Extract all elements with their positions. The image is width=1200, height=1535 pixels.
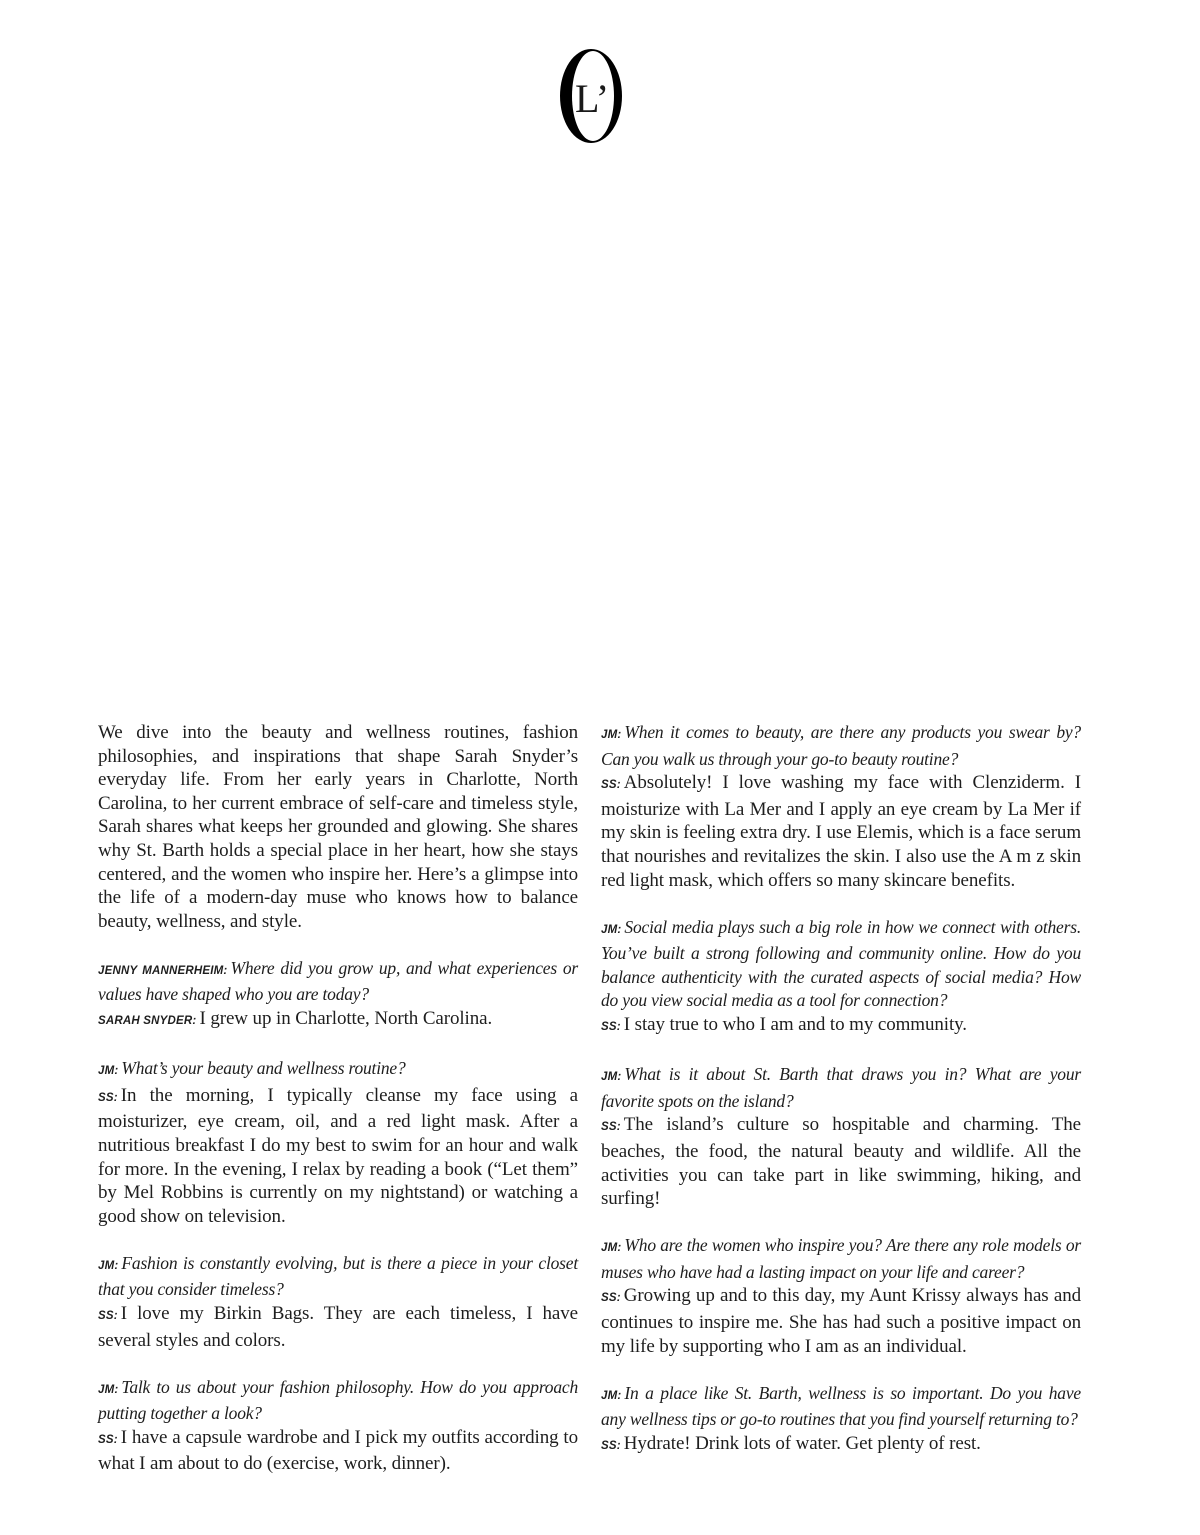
question-text: In a place like St. Barth, wellness is s… [601, 1383, 1081, 1430]
answer-text: Absolutely! I love washing my face with … [601, 772, 1081, 890]
question-text: Talk to us about your fashion philosophy… [98, 1377, 578, 1424]
article-column-left: We dive into the beauty and wellness rou… [98, 721, 578, 1500]
question: JM:In a place like St. Barth, wellness i… [601, 1382, 1081, 1432]
question: JM:Fashion is constantly evolving, but i… [98, 1252, 578, 1302]
answer-text: Hydrate! Drink lots of water. Get plenty… [624, 1433, 981, 1454]
answer: SS:I have a capsule wardrobe and I pick … [98, 1426, 578, 1476]
answer-text: In the morning, I typically cleanse my f… [98, 1085, 578, 1227]
interviewee-label: SS: [601, 1021, 621, 1033]
qa-block: JM:When it comes to beauty, are there an… [601, 721, 1081, 892]
qa-block: JM:Talk to us about your fashion philoso… [98, 1376, 578, 1476]
answer-text: I have a capsule wardrobe and I pick my … [98, 1427, 578, 1475]
answer-text: Growing up and to this day, my Aunt Kris… [601, 1285, 1081, 1356]
interviewee-label: SS: [601, 1440, 621, 1452]
question-text: Social media plays such a big role in ho… [601, 917, 1081, 1011]
answer: SS:In the morning, I typically cleanse m… [98, 1084, 578, 1229]
answer: SS:I stay true to who I am and to my com… [601, 1013, 1081, 1040]
question: JENNY MANNERHEIM:Where did you grow up, … [98, 957, 578, 1007]
article-column-right: JM:When it comes to beauty, are there an… [601, 721, 1081, 1482]
question: JM:Who are the women who inspire you? Ar… [601, 1234, 1081, 1284]
answer: SARAH SNYDER:I grew up in Charlotte, Nor… [98, 1007, 578, 1034]
interviewer-label: JM: [601, 924, 621, 936]
question-text: Fashion is constantly evolving, but is t… [98, 1253, 578, 1300]
interviewee-label: SS: [601, 1121, 621, 1133]
intro-paragraph: We dive into the beauty and wellness rou… [98, 721, 578, 933]
interviewee-label: SARAH SNYDER: [98, 1015, 196, 1027]
question: JM:When it comes to beauty, are there an… [601, 721, 1081, 771]
interviewer-label: JM: [601, 1390, 621, 1402]
qa-block: JM:What is it about St. Barth that draws… [601, 1063, 1081, 1211]
interviewee-label: SS: [601, 779, 621, 791]
question-text: What’s your beauty and wellness routine? [121, 1058, 405, 1078]
qa-block: JM:Fashion is constantly evolving, but i… [98, 1252, 578, 1352]
interviewer-label: JM: [98, 1065, 118, 1077]
question: JM:Social media plays such a big role in… [601, 916, 1081, 1013]
answer: SS:Growing up and to this day, my Aunt K… [601, 1284, 1081, 1358]
publication-logo: L’ [556, 46, 626, 146]
interviewee-label: SS: [98, 1310, 118, 1322]
interviewer-label: JM: [98, 1260, 118, 1272]
interviewee-label: SS: [601, 1292, 621, 1304]
interviewee-label: SS: [98, 1092, 118, 1104]
answer-text: I stay true to who I am and to my commun… [624, 1014, 967, 1035]
interviewer-label: JM: [98, 1384, 118, 1396]
interviewer-label: JM: [601, 1242, 621, 1254]
answer-text: I love my Birkin Bags. They are each tim… [98, 1303, 578, 1351]
interviewee-label: SS: [98, 1434, 118, 1446]
question: JM:Talk to us about your fashion philoso… [98, 1376, 578, 1426]
qa-block: JENNY MANNERHEIM:Where did you grow up, … [98, 957, 578, 1034]
question: JM:What’s your beauty and wellness routi… [98, 1057, 578, 1084]
question-text: Who are the women who inspire you? Are t… [601, 1235, 1081, 1282]
interviewer-label: JENNY MANNERHEIM: [98, 965, 227, 977]
answer-text: I grew up in Charlotte, North Carolina. [199, 1008, 492, 1029]
question-text: What is it about St. Barth that draws yo… [601, 1064, 1081, 1111]
qa-block: JM:Who are the women who inspire you? Ar… [601, 1234, 1081, 1358]
publication-logo-icon: L’ [556, 46, 626, 146]
answer-text: The island’s culture so hospitable and c… [601, 1114, 1081, 1209]
qa-block: JM:Social media plays such a big role in… [601, 916, 1081, 1040]
interviewer-label: JM: [601, 729, 621, 741]
answer: SS:Absolutely! I love washing my face wi… [601, 771, 1081, 892]
question: JM:What is it about St. Barth that draws… [601, 1063, 1081, 1113]
question-text: When it comes to beauty, are there any p… [601, 722, 1081, 769]
answer: SS:Hydrate! Drink lots of water. Get ple… [601, 1432, 1081, 1459]
svg-text:L’: L’ [575, 76, 609, 121]
qa-block: JM:What’s your beauty and wellness routi… [98, 1057, 578, 1228]
answer: SS:I love my Birkin Bags. They are each … [98, 1302, 578, 1352]
qa-block: JM:In a place like St. Barth, wellness i… [601, 1382, 1081, 1459]
interviewer-label: JM: [601, 1071, 621, 1083]
answer: SS:The island’s culture so hospitable an… [601, 1113, 1081, 1210]
